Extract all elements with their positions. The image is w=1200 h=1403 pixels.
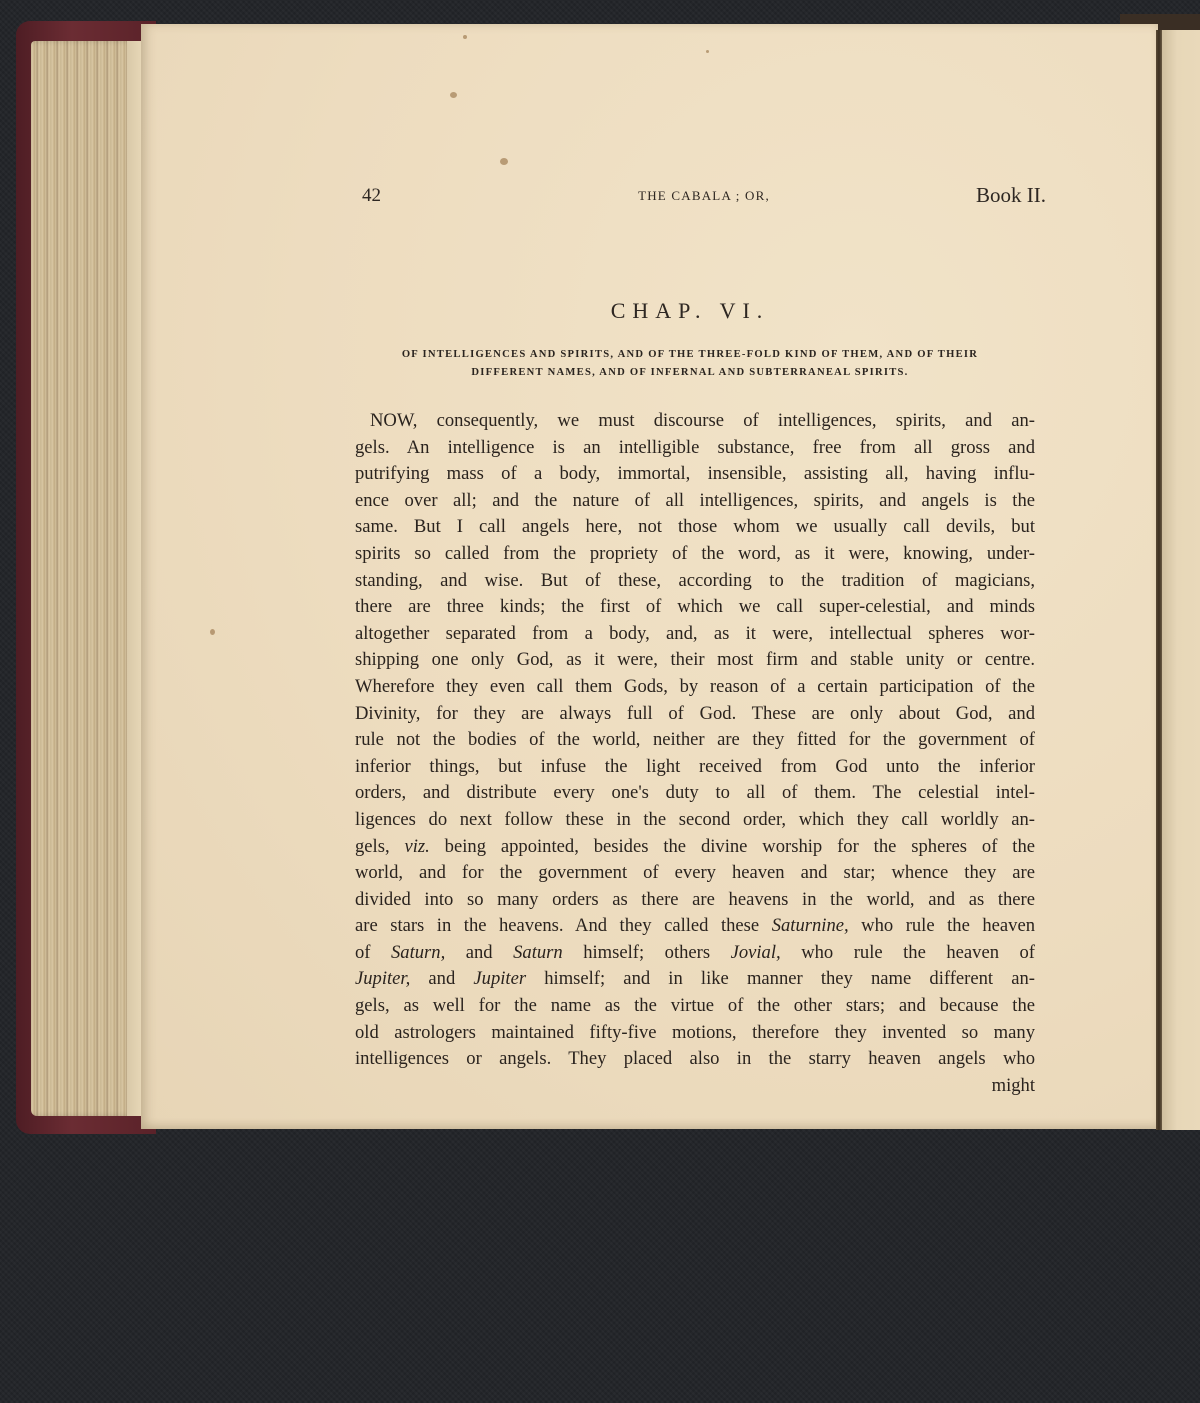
text-line: spirits so called from the propriety of … (355, 541, 1035, 568)
text-run: himself; and in like manner they name di… (526, 968, 1035, 989)
text-run: and (445, 942, 513, 963)
text-run: himself; others (563, 942, 731, 963)
text-run: intelligences or angels. They placed als… (355, 1048, 1035, 1069)
text-run: spirits so called from the propriety of … (355, 543, 1035, 564)
italic-term: Jupiter, (355, 968, 410, 989)
page-edges (31, 41, 141, 1116)
chapter-subtitle-line: OF INTELLIGENCES AND SPIRITS, AND OF THE… (310, 346, 1070, 364)
text-run: Wherefore they even call them Gods, by r… (355, 676, 1035, 697)
text-line: are stars in the heavens. And they calle… (355, 913, 1035, 940)
text-run: altogether separated from a body, and, a… (355, 623, 1035, 644)
text-run: might (992, 1075, 1035, 1096)
text-line: old astrologers maintained fifty-five mo… (355, 1020, 1035, 1047)
text-run: gels, (355, 836, 404, 857)
text-line: inferior things, but infuse the light re… (355, 754, 1035, 781)
text-run: same. But I call angels here, not those … (355, 516, 1035, 537)
text-line: shipping one only God, as it were, their… (355, 647, 1035, 674)
text-run: divided into so many orders as there are… (355, 889, 1035, 910)
text-line: ligences do next follow these in the sec… (355, 807, 1035, 834)
foxing-spot (706, 50, 709, 53)
text-run: and (410, 968, 473, 989)
book-number: Book II. (976, 183, 1046, 208)
text-run: NOW, consequently, we must discourse of … (370, 410, 1035, 431)
text-run: who rule the heaven of (781, 942, 1035, 963)
body-text: NOW, consequently, we must discourse of … (355, 408, 1035, 1099)
text-run: who rule the heaven (849, 915, 1035, 936)
text-run: ligences do next follow these in the sec… (355, 809, 1035, 830)
chapter-subtitle: OF INTELLIGENCES AND SPIRITS, AND OF THE… (310, 346, 1070, 382)
text-line: gels, as well for the name as the virtue… (355, 993, 1035, 1020)
italic-term: Jovial, (731, 942, 781, 963)
italic-term: viz. (404, 836, 429, 857)
text-line: NOW, consequently, we must discourse of … (355, 408, 1035, 435)
text-run: are stars in the heavens. And they calle… (355, 915, 772, 936)
italic-term: Saturn (513, 942, 563, 963)
text-line: standing, and wise. But of these, accord… (355, 568, 1035, 595)
text-run: shipping one only God, as it were, their… (355, 649, 1035, 670)
italic-term: Saturn, (391, 942, 445, 963)
text-line: intelligences or angels. They placed als… (355, 1046, 1035, 1073)
foxing-spot (450, 92, 457, 98)
text-line: rule not the bodies of the world, neithe… (355, 727, 1035, 754)
text-line: gels. An intelligence is an intelligible… (355, 435, 1035, 462)
text-run: of (355, 942, 391, 963)
text-line: there are three kinds; the first of whic… (355, 594, 1035, 621)
foxing-spot (500, 158, 508, 165)
text-line: altogether separated from a body, and, a… (355, 621, 1035, 648)
facing-page-edge (1162, 30, 1200, 1130)
chapter-title: CHAP. VI. (300, 298, 1080, 324)
running-title: THE CABALA ; OR, (362, 188, 1046, 204)
text-run: being appointed, besides the divine wors… (430, 836, 1035, 857)
text-line: same. But I call angels here, not those … (355, 514, 1035, 541)
text-line: might (355, 1073, 1035, 1100)
text-line: orders, and distribute every one's duty … (355, 780, 1035, 807)
text-line: Divinity, for they are always full of Go… (355, 701, 1035, 728)
text-line: gels, viz. being appointed, besides the … (355, 834, 1035, 861)
text-line: world, and for the government of every h… (355, 860, 1035, 887)
running-head: 42 THE CABALA ; OR, Book II. (362, 183, 1046, 211)
foxing-spot (210, 629, 215, 635)
text-run: gels, as well for the name as the virtue… (355, 995, 1035, 1016)
text-run: orders, and distribute every one's duty … (355, 782, 1035, 803)
text-run: rule not the bodies of the world, neithe… (355, 729, 1035, 750)
text-line: ence over all; and the nature of all int… (355, 488, 1035, 515)
foxing-spot (463, 35, 467, 39)
text-line: divided into so many orders as there are… (355, 887, 1035, 914)
text-line: putrifying mass of a body, immortal, ins… (355, 461, 1035, 488)
text-run: gels. An intelligence is an intelligible… (355, 437, 1035, 458)
chapter-subtitle-line: DIFFERENT NAMES, AND OF INFERNAL AND SUB… (310, 364, 1070, 382)
text-run: old astrologers maintained fifty-five mo… (355, 1022, 1035, 1043)
text-line: Wherefore they even call them Gods, by r… (355, 674, 1035, 701)
italic-term: Jupiter (473, 968, 526, 989)
text-run: ence over all; and the nature of all int… (355, 490, 1035, 511)
text-run: inferior things, but infuse the light re… (355, 756, 1035, 777)
italic-term: Saturnine, (772, 915, 849, 936)
text-run: putrifying mass of a body, immortal, ins… (355, 463, 1035, 484)
text-run: standing, and wise. But of these, accord… (355, 570, 1035, 591)
text-run: there are three kinds; the first of whic… (355, 596, 1035, 617)
text-run: world, and for the government of every h… (355, 862, 1035, 883)
text-line: of Saturn, and Saturn himself; others Jo… (355, 940, 1035, 967)
text-run: Divinity, for they are always full of Go… (355, 703, 1035, 724)
text-line: Jupiter, and Jupiter himself; and in lik… (355, 966, 1035, 993)
